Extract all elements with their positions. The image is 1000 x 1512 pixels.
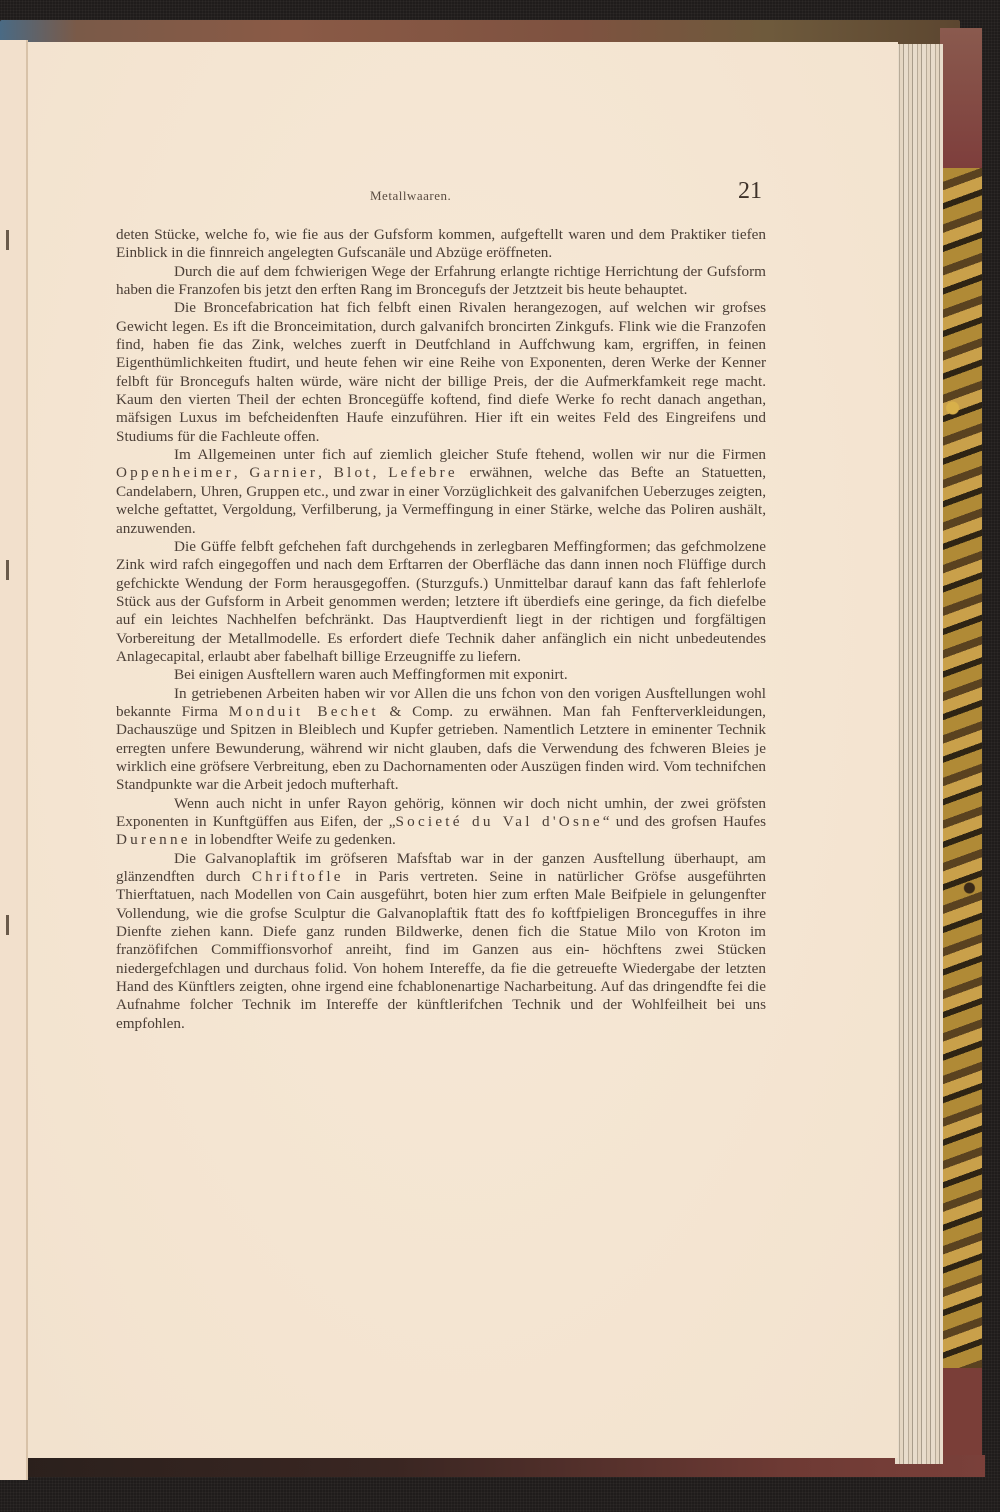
margin-mark: [6, 915, 9, 935]
text-run: in lobendfter Weife zu gedenken.: [191, 831, 396, 848]
margin-mark: [6, 560, 9, 580]
text-run: Im Allgemeinen unter fich auf ziemlich g…: [174, 446, 766, 463]
facing-page-edge: [0, 40, 28, 1480]
firm-name: Blot: [334, 464, 373, 481]
page-block-edges: [895, 44, 943, 1464]
text-run: in Paris vertreten. Seine in natürlicher…: [116, 868, 766, 1032]
text-run: ,: [234, 464, 250, 481]
paragraph-3: Die Broncefabrication hat fich felbft ei…: [116, 299, 766, 446]
firm-name: Lefebre: [388, 464, 458, 481]
firm-name: Monduit Bechet: [229, 703, 379, 720]
firm-name: Chriftofle: [252, 868, 344, 885]
running-head: Metallwaaren.: [370, 188, 451, 204]
book-cover-bottom-edge: [0, 1455, 985, 1477]
text-run: ,: [318, 464, 334, 481]
leather-corner-top: [940, 28, 982, 168]
margin-mark: [6, 230, 9, 250]
paragraph-8: Wenn auch nicht in unfer Rayon gehörig, …: [116, 795, 766, 850]
paragraph-2: Durch die auf dem fchwierigen Wege der E…: [116, 263, 766, 300]
page-number: 21: [738, 178, 762, 205]
book-cover-right: [940, 28, 982, 1468]
paragraph-4: Im Allgemeinen unter fich auf ziemlich g…: [116, 446, 766, 538]
firm-name: Durenne: [116, 831, 191, 848]
leather-corner-bottom: [940, 1368, 982, 1468]
firm-name: Oppenheimer: [116, 464, 234, 481]
marbled-board: [940, 168, 982, 1368]
paragraph-9: Die Galvanoplaftik im gröfseren Mafsftab…: [116, 850, 766, 1033]
text-run: “ und des grofsen Haufes: [603, 813, 766, 830]
book-cover-top-edge: [0, 20, 960, 44]
text-run: ,: [373, 464, 389, 481]
firm-name: Societé du Val d'Osne: [396, 813, 603, 830]
firm-name: Garnier: [249, 464, 318, 481]
paragraph-6: Bei einigen Ausftellern waren auch Meffi…: [116, 666, 766, 684]
body-text: deten Stücke, welche fo, wie fie aus der…: [116, 226, 766, 1033]
paragraph-1: deten Stücke, welche fo, wie fie aus der…: [116, 226, 766, 263]
paragraph-5: Die Güffe felbft gefchehen faft durchgeh…: [116, 538, 766, 666]
paragraph-7: In getriebenen Arbeiten haben wir vor Al…: [116, 685, 766, 795]
